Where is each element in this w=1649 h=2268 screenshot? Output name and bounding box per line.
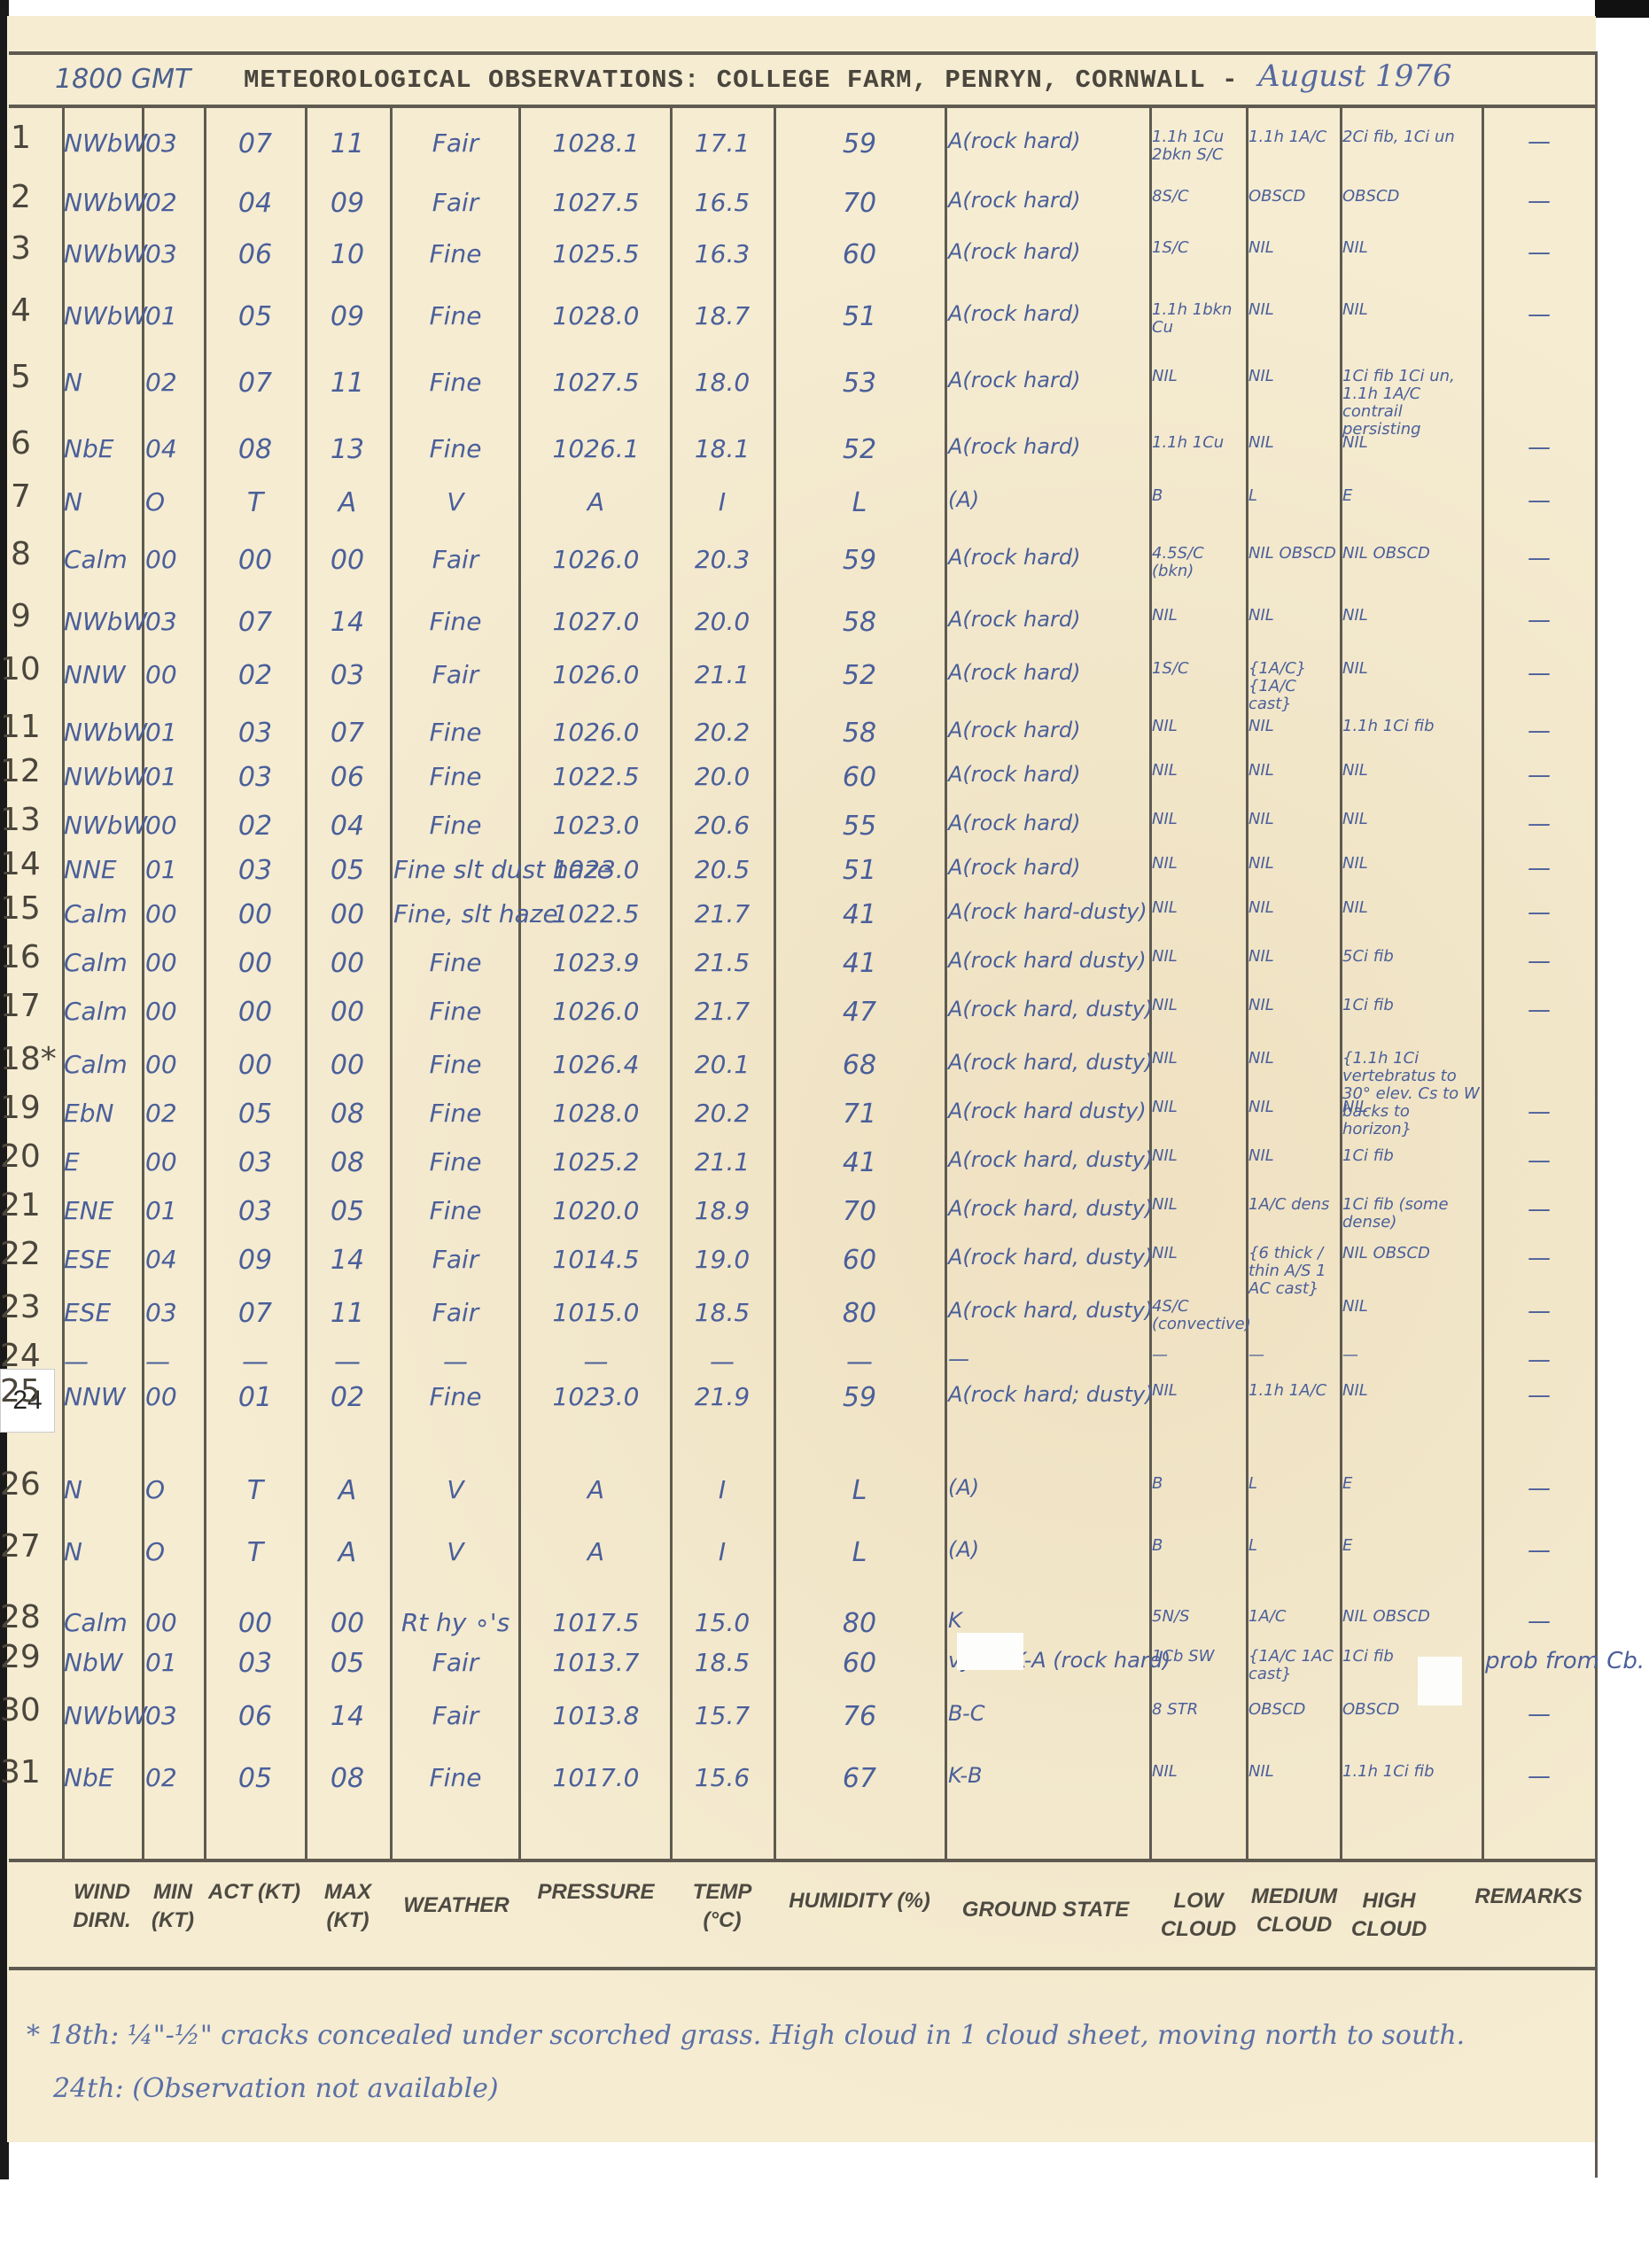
cell-remarks: — [1485, 1537, 1593, 1564]
cell-weather: V [393, 1537, 517, 1566]
header-act: ACT (KT) [206, 1878, 303, 1907]
cell-temp: 18.5 [673, 1298, 771, 1327]
cell-pressure: 1023.0 [523, 1382, 669, 1411]
cell-wind: E [64, 1147, 140, 1177]
cell-wind: NNW [64, 660, 140, 689]
cell-weather: Fine [393, 1099, 517, 1128]
cell-remarks: — [1485, 1099, 1593, 1125]
cell-pressure: 1017.0 [523, 1763, 669, 1792]
cell-temp: 15.0 [673, 1608, 771, 1637]
cell-wind: NWbW [64, 811, 140, 840]
cell-min: 00 [145, 1608, 202, 1637]
cell-act: 00 [207, 899, 303, 930]
cell-temp: 20.0 [673, 607, 771, 636]
cell-min: 02 [145, 1763, 202, 1792]
cell-temp: 15.6 [673, 1763, 771, 1792]
cell-min: 04 [145, 434, 202, 463]
cell-humidity: 53 [776, 368, 943, 399]
day-number: 20 [0, 1138, 41, 1175]
cell-min: — [145, 1347, 202, 1376]
cell-wind: Calm [64, 1608, 140, 1637]
cell-medium: NIL [1248, 855, 1339, 873]
correction-patch [1418, 1657, 1462, 1705]
cell-weather: Fine [393, 718, 517, 747]
cell-min: 00 [145, 1050, 202, 1079]
cell-wind: NWbW [64, 188, 140, 217]
cell-max: 11 [307, 128, 388, 159]
cell-ground: A(rock hard) [948, 545, 1147, 570]
cell-medium: NIL [1248, 762, 1339, 780]
cell-high: NIL [1342, 1382, 1480, 1400]
cell-pressure: 1026.0 [523, 997, 669, 1026]
cell-weather: Fine [393, 1382, 517, 1411]
cell-act: 07 [207, 368, 303, 399]
cell-weather: Fine [393, 607, 517, 636]
cell-weather: Fine [393, 368, 517, 397]
cell-pressure: 1025.5 [523, 239, 669, 268]
cell-max: 00 [307, 1608, 388, 1639]
cell-weather: Fair [393, 1245, 517, 1274]
cell-low: NIL [1152, 1099, 1244, 1116]
cell-max: 08 [307, 1099, 388, 1130]
cell-low: NIL [1152, 1147, 1244, 1165]
cell-humidity: 80 [776, 1298, 943, 1329]
cell-humidity: L [776, 487, 943, 518]
cell-low: NIL [1152, 855, 1244, 873]
cell-ground: A(rock hard, dusty) [948, 1196, 1147, 1221]
cell-high: 1Ci fib (some dense) [1342, 1196, 1480, 1231]
cell-wind: NbE [64, 434, 140, 463]
day-number: 3 [11, 230, 31, 267]
cell-high: NIL [1342, 434, 1480, 452]
cell-high: OBSCD [1342, 188, 1480, 206]
cell-medium: L [1248, 487, 1339, 505]
cell-pressure: 1023.9 [523, 948, 669, 977]
day-number: 13 [0, 802, 41, 838]
cell-max: 04 [307, 811, 388, 842]
cell-min: O [145, 1475, 202, 1504]
day-number: 31 [0, 1754, 41, 1790]
cell-min: 00 [145, 948, 202, 977]
cell-max: — [307, 1347, 388, 1378]
cell-ground: A(rock hard) [948, 128, 1147, 153]
cell-low: NIL [1152, 1763, 1244, 1781]
cell-high: 1Ci fib 1Ci un, 1.1h 1A/C contrail persi… [1342, 368, 1480, 439]
cell-low: NIL [1152, 811, 1244, 828]
cell-medium: NIL [1248, 1099, 1339, 1116]
cell-medium: {1A/C 1AC cast} [1248, 1648, 1339, 1683]
cell-pressure: 1022.5 [523, 899, 669, 928]
cell-act: 03 [207, 1648, 303, 1679]
cell-weather: Fine [393, 762, 517, 791]
cell-high: {1.1h 1Ci vertebratus to 30° elev. Cs to… [1342, 1050, 1480, 1138]
cell-remarks: — [1485, 128, 1593, 155]
day-number: 15 [0, 890, 41, 927]
header-max: MAX (KT) [306, 1878, 390, 1935]
day-number: 27 [0, 1528, 41, 1565]
cell-wind: NWbW [64, 607, 140, 636]
cell-medium: NIL [1248, 1050, 1339, 1068]
cell-wind: NWbW [64, 301, 140, 330]
cell-wind: ENE [64, 1196, 140, 1225]
cell-min: 02 [145, 368, 202, 397]
day-number: 23 [0, 1289, 41, 1325]
cell-ground: A(rock hard) [948, 660, 1147, 685]
cell-act: 00 [207, 545, 303, 576]
cell-medium: NIL [1248, 811, 1339, 828]
cell-temp: 17.1 [673, 128, 771, 158]
cell-max: 14 [307, 1701, 388, 1732]
cell-medium: 1A/C [1248, 1608, 1339, 1626]
day-number: 21 [0, 1187, 41, 1223]
cell-humidity: 80 [776, 1608, 943, 1639]
cell-max: 08 [307, 1147, 388, 1178]
cell-humidity: 52 [776, 660, 943, 691]
cell-act: 00 [207, 997, 303, 1028]
cell-low: NIL [1152, 1382, 1244, 1400]
cell-low: NIL [1152, 368, 1244, 385]
cell-act: 01 [207, 1382, 303, 1413]
cell-humidity: 60 [776, 762, 943, 793]
cell-temp: 21.1 [673, 1147, 771, 1177]
cell-wind: N [64, 1475, 140, 1504]
cell-humidity: — [776, 1347, 943, 1378]
column-rule [518, 105, 521, 1860]
cell-humidity: 41 [776, 948, 943, 979]
cell-ground: (A) [948, 1537, 1147, 1562]
cell-min: 03 [145, 128, 202, 158]
cell-wind: N [64, 487, 140, 517]
cell-medium: NIL [1248, 899, 1339, 917]
cell-low: 1S/C [1152, 239, 1244, 257]
cell-low: B [1152, 1537, 1244, 1555]
cell-high: NIL OBSCD [1342, 1608, 1480, 1626]
cell-medium: NIL [1248, 718, 1339, 735]
cell-min: 02 [145, 1099, 202, 1128]
cell-remarks: — [1485, 718, 1593, 744]
cell-wind: Calm [64, 948, 140, 977]
cell-medium: OBSCD [1248, 188, 1339, 206]
cell-humidity: 58 [776, 607, 943, 638]
cell-ground: A(rock hard, dusty) [948, 1245, 1147, 1270]
cell-weather: Fine [393, 239, 517, 268]
cell-medium: — [1248, 1347, 1339, 1364]
rule-table-bottom [9, 1859, 1595, 1862]
sheet-title: 1800 GMT METEOROLOGICAL OBSERVATIONS: CO… [53, 57, 1560, 101]
cell-min: 00 [145, 545, 202, 574]
cell-medium: NIL [1248, 239, 1339, 257]
cell-act: 05 [207, 301, 303, 332]
cell-ground: A(rock hard) [948, 188, 1147, 213]
cell-min: O [145, 1537, 202, 1566]
day-number: 16 [0, 939, 41, 975]
cell-max: 05 [307, 855, 388, 886]
observation-time: 1800 GMT [55, 64, 191, 95]
cell-act: 04 [207, 188, 303, 219]
column-rule [204, 105, 206, 1860]
cell-temp: 21.7 [673, 899, 771, 928]
header-medium-cloud: MEDIUM CLOUD [1248, 1883, 1341, 1939]
cell-weather: Fine [393, 301, 517, 330]
cell-temp: 19.0 [673, 1245, 771, 1274]
cell-min: 03 [145, 1701, 202, 1730]
cell-ground: A(rock hard) [948, 607, 1147, 632]
day-number: 1 [11, 120, 31, 156]
month-label: August 1976 [1258, 58, 1452, 94]
column-rule [1482, 105, 1484, 1860]
header-temp: TEMP (°C) [673, 1878, 771, 1935]
cell-high: NIL [1342, 607, 1480, 625]
rule-top [9, 51, 1595, 55]
cell-max: A [307, 1537, 388, 1568]
cell-temp: 20.6 [673, 811, 771, 840]
cell-humidity: 55 [776, 811, 943, 842]
cell-remarks: — [1485, 1763, 1593, 1790]
cell-min: 03 [145, 239, 202, 268]
cell-low: 1.1h 1Cu [1152, 434, 1244, 452]
day-number: 8 [11, 536, 31, 572]
day-number: 25 [0, 1373, 41, 1410]
cell-temp: 20.5 [673, 855, 771, 884]
cell-pressure: A [523, 487, 669, 517]
cell-min: 01 [145, 762, 202, 791]
cell-ground: A(rock hard, dusty) [948, 997, 1147, 1021]
correction-patch [957, 1633, 1023, 1670]
cell-max: A [307, 487, 388, 518]
cell-weather: Rt hy ∘'s [393, 1608, 517, 1637]
cell-ground: — [948, 1347, 1147, 1371]
cell-min: 01 [145, 718, 202, 747]
cell-pressure: — [523, 1347, 669, 1376]
cell-temp: 18.0 [673, 368, 771, 397]
rule-right-edge [1595, 51, 1598, 2178]
cell-medium: {1A/C} {1A/C cast} [1248, 660, 1339, 713]
cell-wind: ESE [64, 1245, 140, 1274]
cell-ground: A(rock hard) [948, 811, 1147, 835]
cell-remarks: — [1485, 1298, 1593, 1324]
cell-medium: NIL [1248, 1147, 1339, 1165]
column-rule [670, 105, 673, 1860]
cell-max: 11 [307, 1298, 388, 1329]
cell-remarks: prob from Cb. [1485, 1648, 1593, 1674]
cell-medium: L [1248, 1537, 1339, 1555]
cell-medium: 1A/C dens [1248, 1196, 1339, 1214]
cell-min: 03 [145, 607, 202, 636]
cell-ground: A(rock hard, dusty) [948, 1298, 1147, 1323]
cell-pressure: 1023.0 [523, 855, 669, 884]
cell-wind: Calm [64, 545, 140, 574]
cell-wind: NWbW [64, 239, 140, 268]
header-weather: WEATHER [394, 1891, 518, 1920]
cell-temp: 21.1 [673, 660, 771, 689]
cell-high: 1Ci fib [1342, 997, 1480, 1014]
cell-temp: I [673, 487, 771, 517]
day-number: 30 [0, 1692, 41, 1728]
day-number: 10 [0, 651, 41, 687]
cell-max: 05 [307, 1648, 388, 1679]
cell-weather: Fair [393, 128, 517, 158]
cell-act: 03 [207, 718, 303, 749]
cell-min: 00 [145, 660, 202, 689]
cell-act: T [207, 1537, 303, 1568]
cell-medium: 1.1h 1A/C [1248, 1382, 1339, 1400]
cell-medium: L [1248, 1475, 1339, 1493]
day-number: 4 [11, 292, 31, 329]
cell-humidity: 60 [776, 239, 943, 270]
cell-act: 07 [207, 607, 303, 638]
cell-pressure: 1028.0 [523, 1099, 669, 1128]
cell-act: 07 [207, 128, 303, 159]
cell-temp: 20.3 [673, 545, 771, 574]
cell-wind: Calm [64, 1050, 140, 1079]
cell-wind: NbW [64, 1648, 140, 1677]
cell-medium: NIL [1248, 368, 1339, 385]
cell-ground: A(rock hard) [948, 718, 1147, 742]
cell-temp: 20.1 [673, 1050, 771, 1079]
cell-low: 1.1h 1bkn Cu [1152, 301, 1244, 337]
cell-high: NIL OBSCD [1342, 1245, 1480, 1262]
cell-pressure: 1023.0 [523, 811, 669, 840]
cell-medium: {6 thick / thin A/S 1 AC cast} [1248, 1245, 1339, 1298]
cell-high: NIL [1342, 811, 1480, 828]
cell-remarks: — [1485, 1608, 1593, 1635]
cell-remarks: — [1485, 1475, 1593, 1502]
cell-medium: NIL [1248, 1763, 1339, 1781]
cell-high: E [1342, 1475, 1480, 1493]
cell-min: 01 [145, 855, 202, 884]
cell-remarks: — [1485, 660, 1593, 687]
cell-weather: Fair [393, 660, 517, 689]
cell-temp: I [673, 1475, 771, 1504]
cell-min: 01 [145, 1196, 202, 1225]
cell-low: NIL [1152, 1196, 1244, 1214]
cell-ground: (A) [948, 1475, 1147, 1500]
cell-act: 03 [207, 762, 303, 793]
cell-low: 8S/C [1152, 188, 1244, 206]
cell-high: NIL [1342, 762, 1480, 780]
cell-act: 00 [207, 1608, 303, 1639]
cell-weather: Fine [393, 997, 517, 1026]
cell-weather: V [393, 487, 517, 517]
cell-temp: 16.5 [673, 188, 771, 217]
cell-high: NIL [1342, 899, 1480, 917]
cell-weather: Fair [393, 1701, 517, 1730]
cell-medium: OBSCD [1248, 1701, 1339, 1719]
cell-pressure: A [523, 1475, 669, 1504]
cell-low: 1S/C [1152, 660, 1244, 678]
cell-remarks: — [1485, 1701, 1593, 1728]
cell-act: 06 [207, 239, 303, 270]
cell-remarks: — [1485, 545, 1593, 571]
scan-edge [1595, 0, 1649, 18]
cell-humidity: 67 [776, 1763, 943, 1794]
cell-pressure: 1027.5 [523, 368, 669, 397]
cell-max: 14 [307, 607, 388, 638]
cell-wind: NbE [64, 1763, 140, 1792]
cell-remarks: — [1485, 607, 1593, 633]
cell-temp: — [673, 1347, 771, 1376]
cell-weather: Fine [393, 1763, 517, 1792]
day-number: 2 [11, 179, 31, 215]
cell-high: NIL [1342, 855, 1480, 873]
header-wind: WIND DIRN. [62, 1878, 142, 1935]
cell-max: 13 [307, 434, 388, 465]
cell-ground: A(rock hard) [948, 239, 1147, 264]
cell-weather: Fair [393, 545, 517, 574]
cell-max: 00 [307, 1050, 388, 1081]
cell-medium: NIL [1248, 997, 1339, 1014]
cell-act: 02 [207, 660, 303, 691]
cell-low: 1.1h 1Cu 2bkn S/C [1152, 128, 1244, 164]
cell-high: E [1342, 1537, 1480, 1555]
cell-humidity: 76 [776, 1701, 943, 1732]
cell-act: 05 [207, 1099, 303, 1130]
cell-act: 00 [207, 1050, 303, 1081]
cell-weather: V [393, 1475, 517, 1504]
cell-pressure: 1014.5 [523, 1245, 669, 1274]
cell-temp: 20.2 [673, 718, 771, 747]
cell-humidity: L [776, 1475, 943, 1506]
cell-low: NIL [1152, 997, 1244, 1014]
cell-min: 01 [145, 301, 202, 330]
cell-wind: Calm [64, 997, 140, 1026]
column-rule [142, 105, 144, 1860]
cell-remarks: — [1485, 1245, 1593, 1271]
cell-min: 03 [145, 1298, 202, 1327]
cell-high: 2Ci fib, 1Ci un [1342, 128, 1480, 146]
cell-pressure: 1020.0 [523, 1196, 669, 1225]
cell-temp: 21.5 [673, 948, 771, 977]
cell-pressure: 1027.5 [523, 188, 669, 217]
header-humidity: HUMIDITY (%) [780, 1887, 939, 1915]
cell-act: 06 [207, 1701, 303, 1732]
cell-humidity: 58 [776, 718, 943, 749]
cell-high: NIL [1342, 1099, 1480, 1116]
cell-high: — [1342, 1347, 1480, 1364]
cell-ground: A(rock hard; dusty) [948, 1382, 1147, 1407]
cell-act: 00 [207, 948, 303, 979]
cell-act: 03 [207, 1196, 303, 1227]
cell-humidity: 70 [776, 188, 943, 219]
cell-high: 1Ci fib [1342, 1147, 1480, 1165]
cell-act: 02 [207, 811, 303, 842]
footnote-18th: * 18th: ¼"-½" cracks concealed under sco… [27, 2020, 1465, 2051]
cell-temp: 20.0 [673, 762, 771, 791]
rule-header-bottom [9, 1967, 1595, 1970]
cell-pressure: 1026.4 [523, 1050, 669, 1079]
day-number: 18* [0, 1041, 57, 1077]
cell-medium: NIL [1248, 948, 1339, 966]
cell-humidity: 47 [776, 997, 943, 1028]
cell-temp: 20.2 [673, 1099, 771, 1128]
cell-pressure: 1013.8 [523, 1701, 669, 1730]
cell-temp: I [673, 1537, 771, 1566]
day-number: 29 [0, 1639, 41, 1675]
cell-act: T [207, 1475, 303, 1506]
cell-wind: NNW [64, 1382, 140, 1411]
cell-low: NIL [1152, 762, 1244, 780]
cell-humidity: L [776, 1537, 943, 1568]
cell-act: 09 [207, 1245, 303, 1276]
cell-weather: Fine [393, 1050, 517, 1079]
cell-wind: NNE [64, 855, 140, 884]
cell-wind: NWbW [64, 718, 140, 747]
cell-low: 5N/S [1152, 1608, 1244, 1626]
cell-low: 8 STR [1152, 1701, 1244, 1719]
cell-low: NIL [1152, 718, 1244, 735]
cell-max: 08 [307, 1763, 388, 1794]
cell-temp: 18.1 [673, 434, 771, 463]
